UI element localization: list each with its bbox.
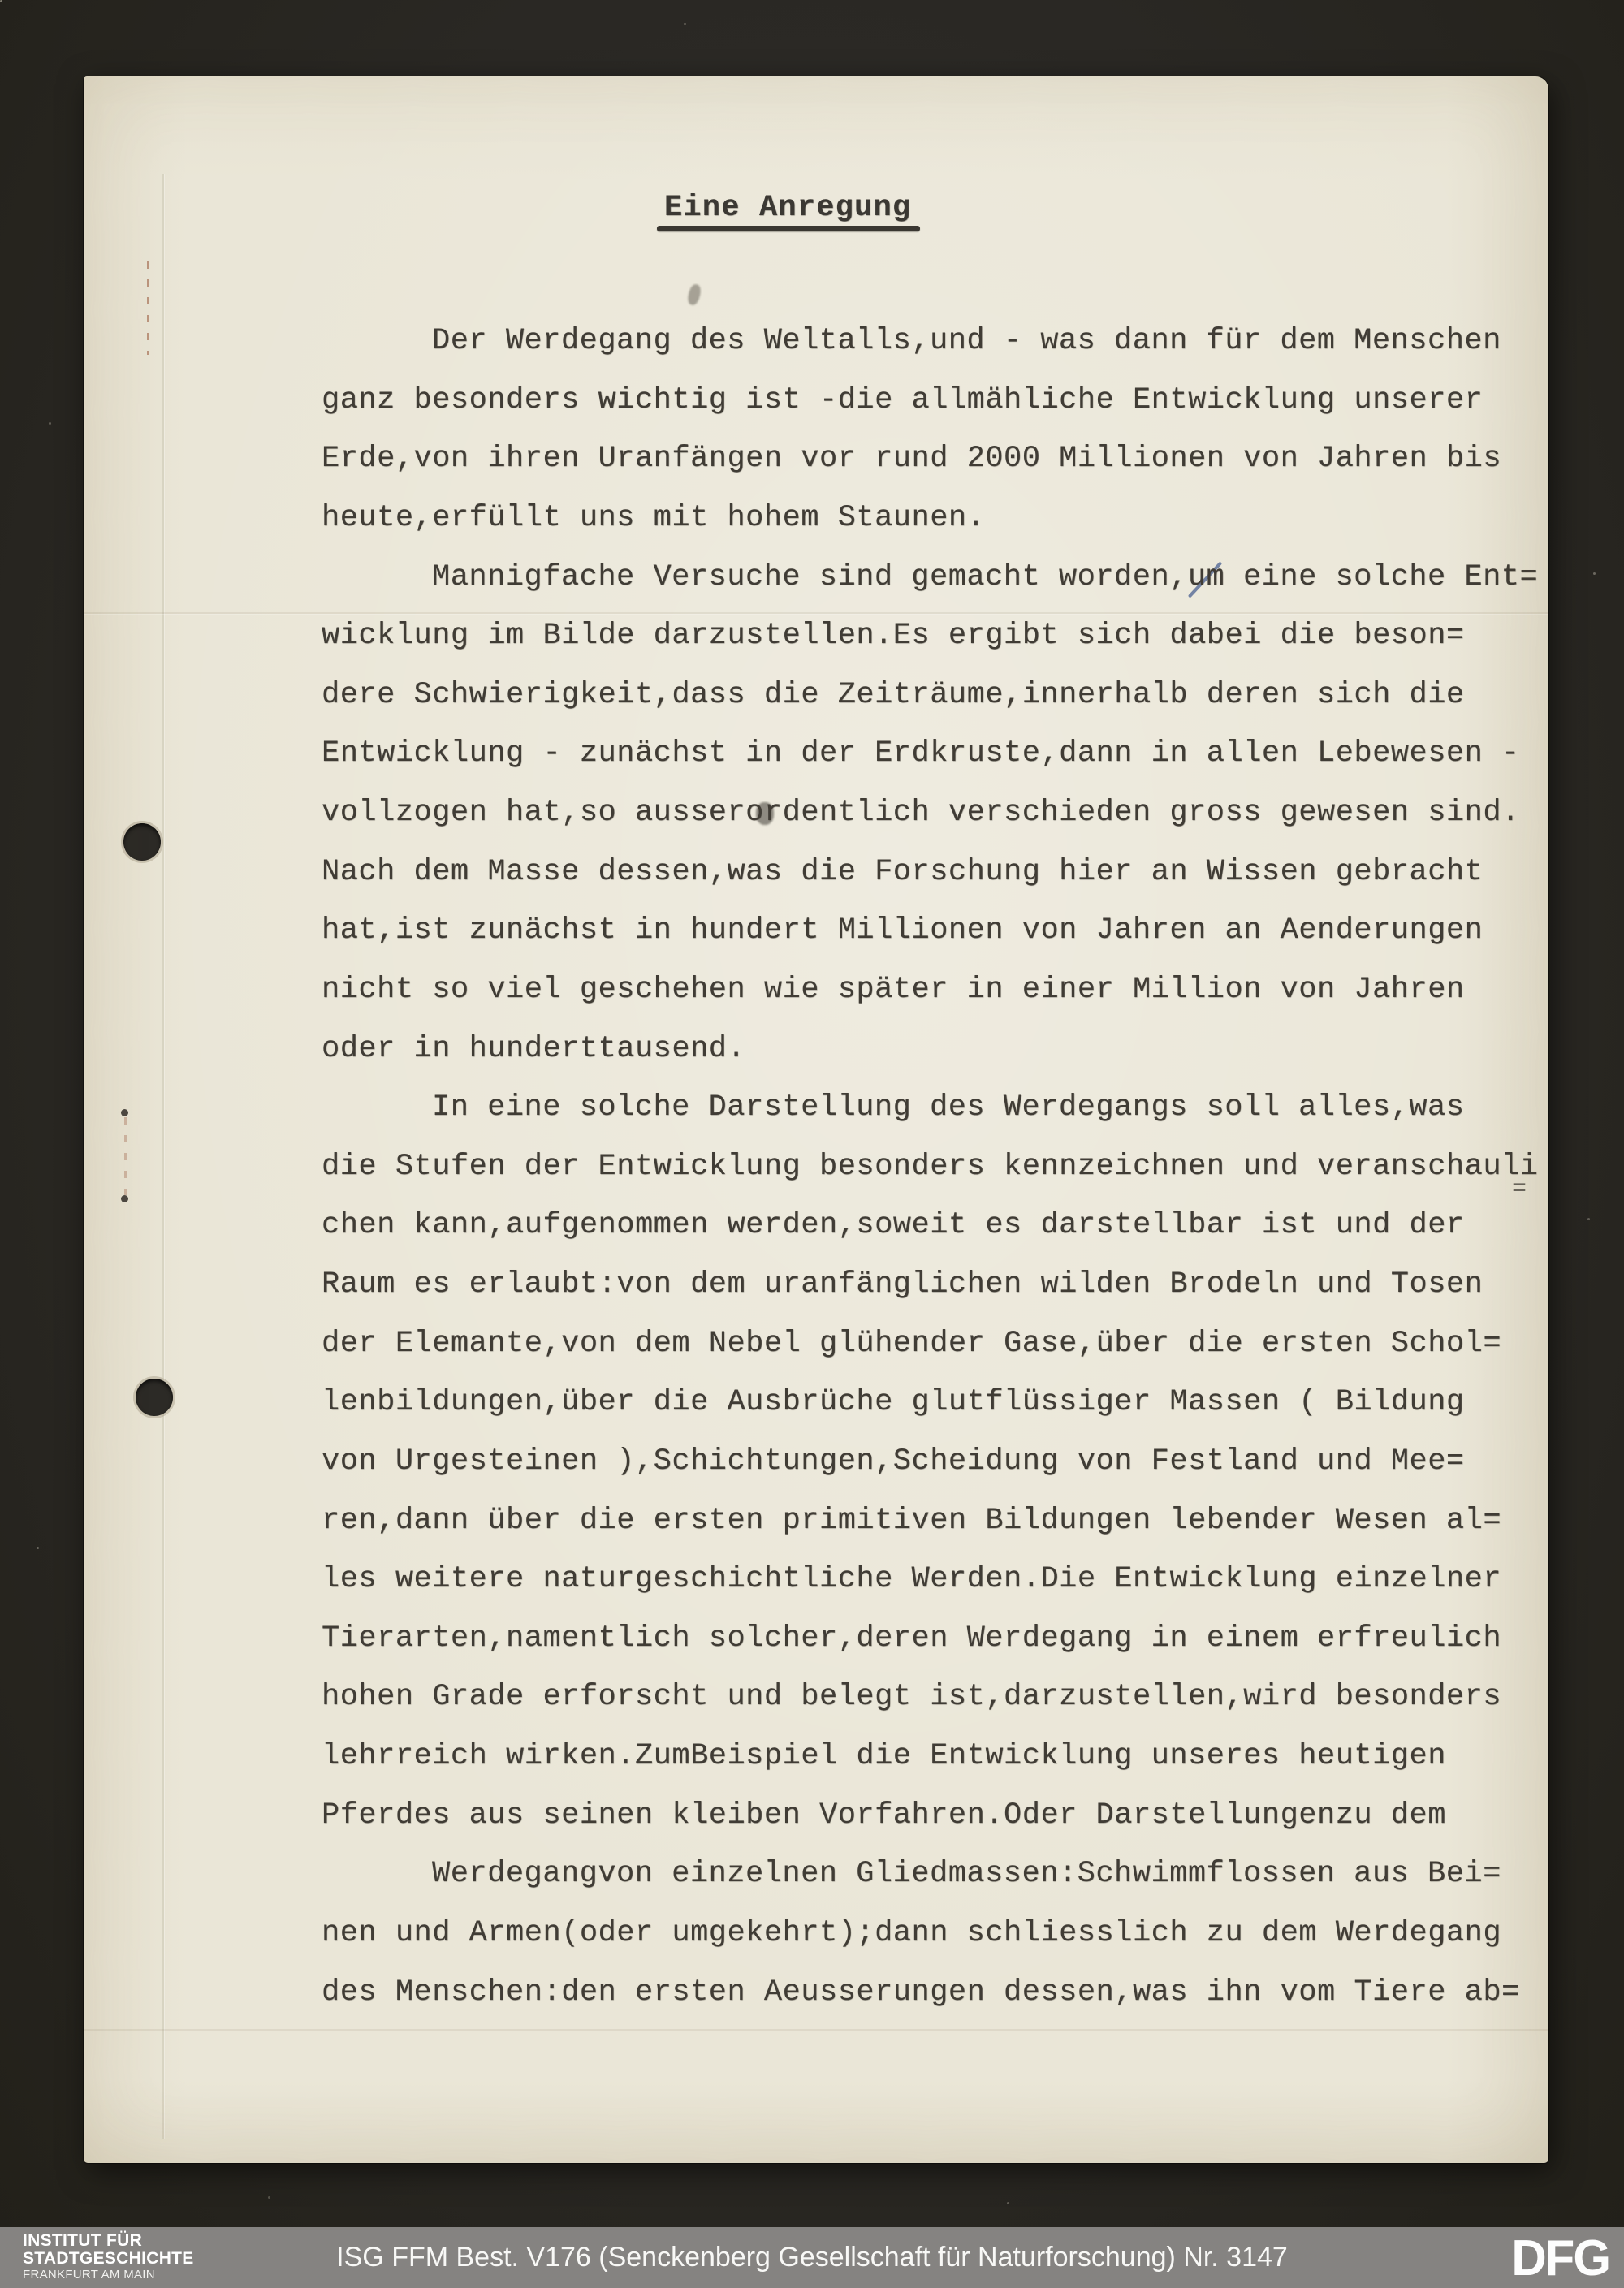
punch-hole-bottom	[136, 1379, 173, 1416]
typed-line: wicklung im Bilde darzustellen.Es ergibt…	[322, 607, 1556, 666]
typed-line: von Urgesteinen ),Schichtungen,Scheidung…	[322, 1432, 1556, 1492]
typed-line: hohen Grade erforscht und belegt ist,dar…	[322, 1668, 1556, 1727]
stitch-hole-dot	[121, 1195, 128, 1202]
typed-line: Nach dem Masse dessen,was die Forschung …	[322, 843, 1556, 902]
typed-line: nicht so viel geschehen wie später in ei…	[322, 961, 1556, 1020]
typed-line: ren,dann über die ersten primitiven Bild…	[322, 1492, 1556, 1551]
archive-scan: Eine Anregung Der Werdegang des Weltalls…	[0, 0, 1624, 2288]
typed-line: des Menschen:den ersten Aeusserungen des…	[322, 1963, 1556, 2023]
dfg-logo: DFG	[1511, 2226, 1609, 2288]
typed-line: ganz besonders wichtig ist -die allmähli…	[322, 371, 1556, 430]
typed-line: hat,ist zunächst in hundert Millionen vo…	[322, 901, 1556, 961]
typed-line: Entwicklung - zunächst in der Erdkruste,…	[322, 724, 1556, 784]
typed-line: Mannigfache Versuche sind gemacht worden…	[322, 548, 1556, 607]
archive-reference: ISG FFM Best. V176 (Senckenberg Gesellsc…	[0, 2227, 1624, 2288]
typed-line: heute,erfüllt uns mit hohem Staunen.	[322, 489, 1556, 548]
typed-line: Tierarten,namentlich solcher,deren Werde…	[322, 1609, 1556, 1669]
dust-specks	[0, 0, 2, 2]
typed-line: nen und Armen(oder umgekehrt);dann schli…	[322, 1904, 1556, 1963]
typed-line: der Elemante,von dem Nebel glühender Gas…	[322, 1315, 1556, 1374]
line-wrap-hyphen: =	[1512, 1177, 1527, 1202]
typed-line: vollzogen hat,so ausserordentlich versch…	[322, 784, 1556, 843]
typed-line: oder in hunderttausend.	[322, 1020, 1556, 1079]
typed-line: Raum es erlaubt:von dem uranfänglichen w…	[322, 1255, 1556, 1315]
stitch-mark-lower	[124, 1117, 127, 1195]
typed-line: les weitere naturgeschichtliche Werden.D…	[322, 1550, 1556, 1609]
typed-line: Pferdes aus seinen kleiben Vorfahren.Ode…	[322, 1786, 1556, 1846]
typed-line: lehrreich wirken.ZumBeispiel die Entwick…	[322, 1727, 1556, 1786]
vertical-crease	[162, 174, 164, 2139]
title-underline	[657, 226, 920, 231]
typed-line: die Stufen der Entwicklung besonders ken…	[322, 1138, 1556, 1197]
stitch-hole-dot	[121, 1109, 128, 1116]
typed-line: Werdegangvon einzelnen Gliedmassen:Schwi…	[322, 1845, 1556, 1904]
ink-smudge	[686, 283, 702, 307]
typed-line: dere Schwierigkeit,dass die Zeiträume,in…	[322, 666, 1556, 725]
archive-footer-bar: INSTITUT FÜR STADTGESCHICHTE FRANKFURT A…	[0, 2227, 1624, 2288]
typed-line: In eine solche Darstellung des Werdegang…	[322, 1078, 1556, 1138]
punch-hole-top	[123, 823, 161, 861]
horizontal-crease-lower	[84, 2029, 1548, 2031]
typed-line: Der Werdegang des Weltalls,und - was dan…	[322, 312, 1556, 371]
document-page: Eine Anregung Der Werdegang des Weltalls…	[84, 76, 1548, 2163]
stitch-mark-upper	[147, 261, 149, 355]
page-title: Eine Anregung	[664, 192, 911, 225]
typed-line: chen kann,aufgenommen werden,soweit es d…	[322, 1196, 1556, 1255]
typed-line: Erde,von ihren Uranfängen vor rund 2000 …	[322, 430, 1556, 489]
typewritten-text: Der Werdegang des Weltalls,und - was dan…	[322, 312, 1556, 2022]
typed-line: lenbildungen,über die Ausbrüche glutflüs…	[322, 1373, 1556, 1432]
